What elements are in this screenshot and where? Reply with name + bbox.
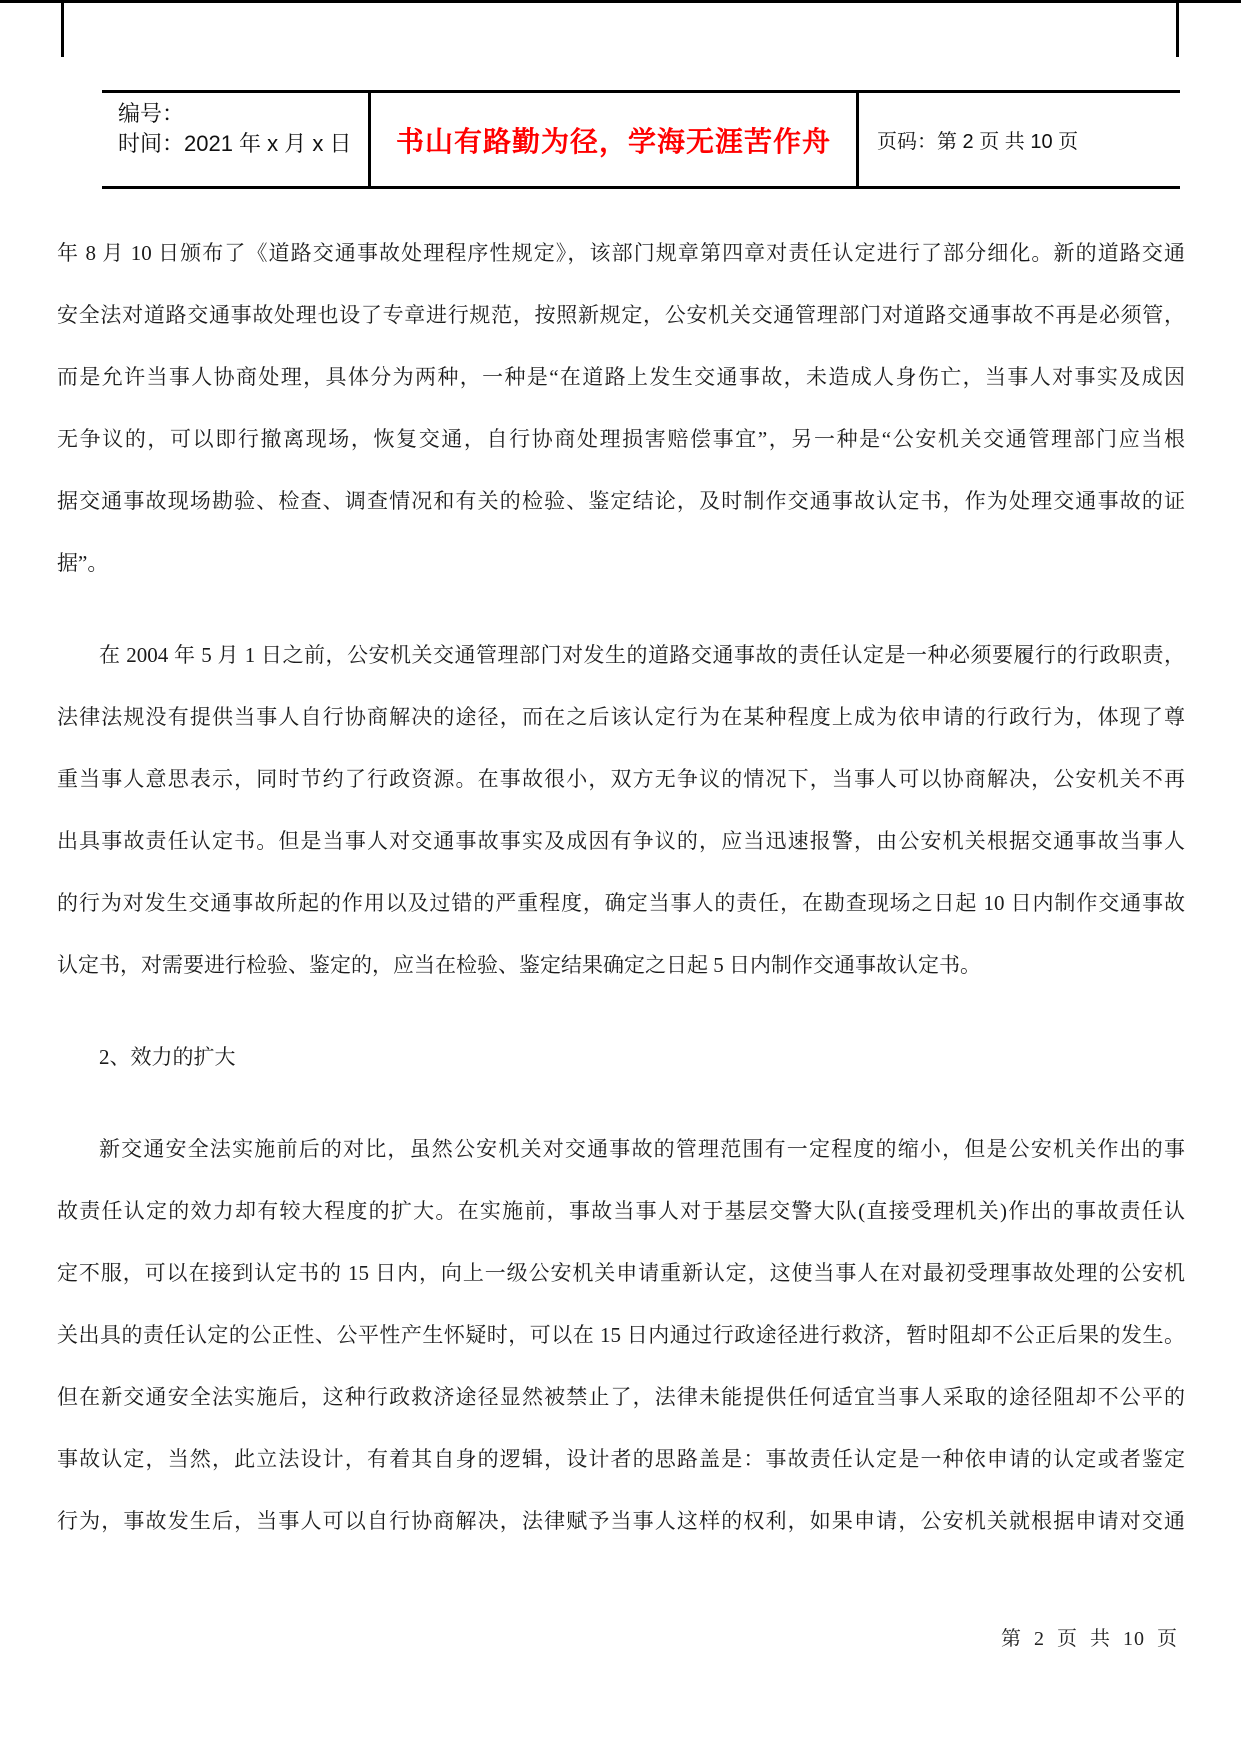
body-line: 出具事故责任认定书。但是当事人对交通事故事实及成因有争议的，应当迅速报警，由公安… — [57, 810, 1185, 872]
body-line: 年 8 月 10 日颁布了《道路交通事故处理程序性规定》，该部门规章第四章对责任… — [57, 222, 1185, 284]
body-line: 行为，事故发生后，当事人可以自行协商解决，法律赋予当事人这样的权利，如果申请，公… — [57, 1490, 1185, 1552]
document-body: 年 8 月 10 日颁布了《道路交通事故处理程序性规定》，该部门规章第四章对责任… — [57, 222, 1185, 1552]
page-footer: 第 2 页 共 10 页 — [1001, 1622, 1178, 1651]
body-line: 认定书，对需要进行检验、鉴定的，应当在检验、鉴定结果确定之日起 5 日内制作交通… — [57, 934, 1185, 996]
body-line: 据交通事故现场勘验、检查、调查情况和有关的检验、鉴定结论，及时制作交通事故认定书… — [57, 470, 1185, 532]
page-corner-tick-left — [61, 0, 64, 57]
body-line: 重当事人意思表示，同时节约了行政资源。在事故很小，双方无争议的情况下，当事人可以… — [57, 748, 1185, 810]
footer-page-info: 第 2 页 共 10 页 — [1001, 1628, 1178, 1650]
slogan-text: 书山有路勤为径，学海无涯苦作舟 — [396, 120, 831, 160]
body-line: 无争议的，可以即行撤离现场，恢复交通，自行协商处理损害赔偿事宜”，另一种是“公安… — [57, 408, 1185, 470]
header-cell-meta: 编号： 时间：2021 年 x 月 x 日 — [102, 93, 368, 186]
body-line: 安全法对道路交通事故处理也设了专章进行规范，按照新规定，公安机关交通管理部门对道… — [57, 284, 1185, 346]
paragraph-3: 新交通安全法实施前后的对比，虽然公安机关对交通事故的管理范围有一定程度的缩小，但… — [57, 1118, 1185, 1552]
doc-number-label: 编号： — [118, 99, 368, 129]
body-line: 关出具的责任认定的公正性、公平性产生怀疑时，可以在 15 日内通过行政途径进行救… — [57, 1304, 1185, 1366]
body-line: 据”。 — [57, 532, 1185, 594]
page-corner-tick-right — [1176, 0, 1179, 57]
paragraph-2: 在 2004 年 5 月 1 日之前，公安机关交通管理部门对发生的道路交通事故的… — [57, 624, 1185, 996]
body-line: 法律法规没有提供当事人自行协商解决的途径，而在之后该认定行为在某种程度上成为依申… — [57, 686, 1185, 748]
header-table: 编号： 时间：2021 年 x 月 x 日 书山有路勤为径，学海无涯苦作舟 页码… — [102, 90, 1180, 189]
page-top-border — [0, 0, 1241, 3]
body-line: 事故认定，当然，此立法设计，有着其自身的逻辑，设计者的思路盖是：事故责任认定是一… — [57, 1428, 1185, 1490]
body-line: 但在新交通安全法实施后，这种行政救济途径显然被禁止了，法律未能提供任何适宜当事人… — [57, 1366, 1185, 1428]
body-line: 新交通安全法实施前后的对比，虽然公安机关对交通事故的管理范围有一定程度的缩小，但… — [57, 1118, 1185, 1180]
page-number-label: 页码：第 2 页 共 10 页 — [877, 125, 1078, 154]
body-line: 而是允许当事人协商处理，具体分为两种，一种是“在道路上发生交通事故，未造成人身伤… — [57, 346, 1185, 408]
document-page: 编号： 时间：2021 年 x 月 x 日 书山有路勤为径，学海无涯苦作舟 页码… — [0, 0, 1241, 1754]
body-line: 故责任认定的效力却有较大程度的扩大。在实施前，事故当事人对于基层交警大队(直接受… — [57, 1180, 1185, 1242]
body-line: 定不服，可以在接到认定书的 15 日内，向上一级公安机关申请重新认定，这使当事人… — [57, 1242, 1185, 1304]
header-cell-slogan: 书山有路勤为径，学海无涯苦作舟 — [368, 93, 856, 186]
body-line: 在 2004 年 5 月 1 日之前，公安机关交通管理部门对发生的道路交通事故的… — [57, 624, 1185, 686]
section-heading: 2、效力的扩大 — [57, 1026, 1185, 1088]
header-cell-page: 页码：第 2 页 共 10 页 — [856, 93, 1180, 186]
body-line: 的行为对发生交通事故所起的作用以及过错的严重程度，确定当事人的责任，在勘查现场之… — [57, 872, 1185, 934]
paragraph-1: 年 8 月 10 日颁布了《道路交通事故处理程序性规定》，该部门规章第四章对责任… — [57, 222, 1185, 594]
doc-date-label: 时间：2021 年 x 月 x 日 — [118, 129, 368, 159]
